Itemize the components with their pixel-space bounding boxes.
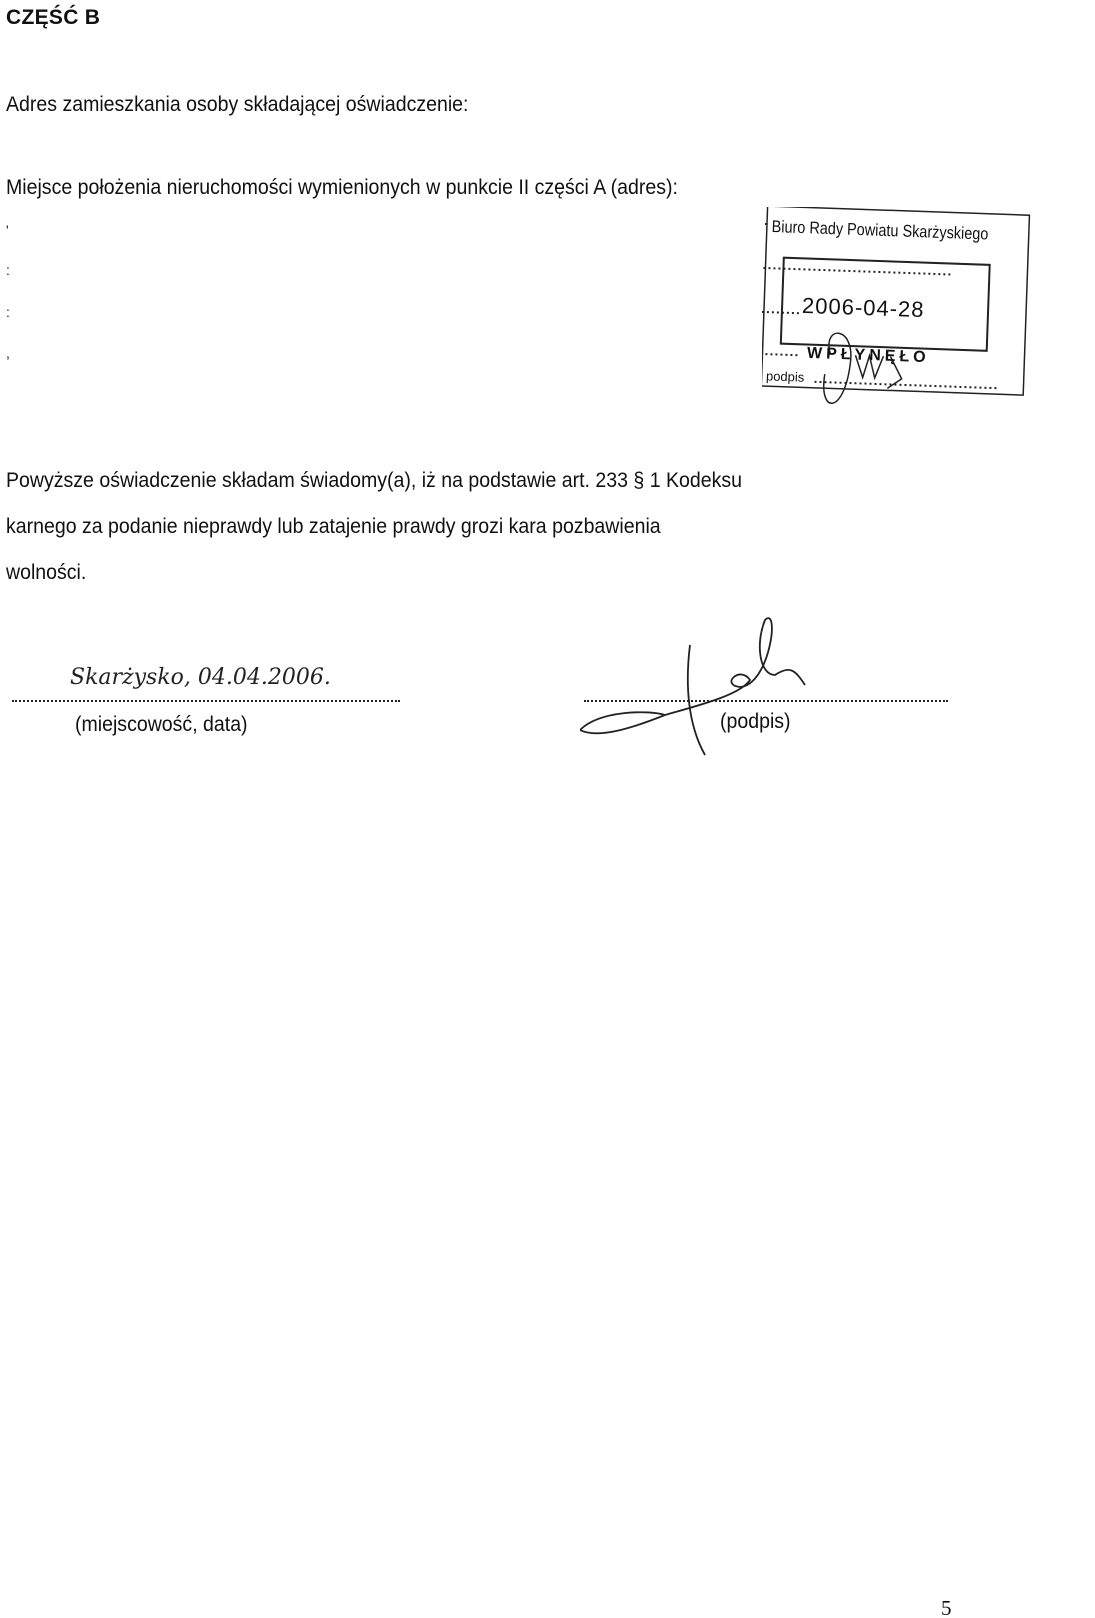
declaration-text: Powyższe oświadczenie składam świadomy(a… bbox=[6, 458, 742, 596]
margin-mark: ' bbox=[6, 222, 9, 238]
place-date-caption: (miejscowość, data) bbox=[75, 713, 248, 737]
property-location-label: Miejsce położenia nieruchomości wymienio… bbox=[6, 176, 678, 200]
declaration-line-1: Powyższe oświadczenie składam świadomy(a… bbox=[6, 458, 742, 504]
section-title: CZĘŚĆ B bbox=[6, 6, 100, 30]
received-stamp: Biuro Rady Powiatu Skarżyskiego 2006-04-… bbox=[762, 207, 1052, 417]
address-label: Adres zamieszkania osoby składającej ośw… bbox=[6, 93, 468, 117]
signature-line bbox=[584, 700, 948, 702]
margin-mark: , bbox=[6, 345, 10, 361]
signature-scribble bbox=[580, 615, 860, 775]
stamp-date: 2006-04-28 bbox=[802, 293, 925, 323]
signature-caption: (podpis) bbox=[720, 710, 791, 734]
place-date-handwritten: Skarżysko, 04.04.2006. bbox=[70, 665, 331, 690]
stamp-signature-label: podpis bbox=[766, 368, 805, 384]
margin-mark: : bbox=[6, 262, 10, 278]
declaration-line-2: karnego za podanie nieprawdy lub zatajen… bbox=[6, 504, 742, 550]
margin-mark: : bbox=[6, 304, 10, 320]
declaration-line-3: wolności. bbox=[6, 550, 742, 596]
place-date-line bbox=[12, 700, 400, 702]
page-number: 5 bbox=[941, 1596, 952, 1618]
